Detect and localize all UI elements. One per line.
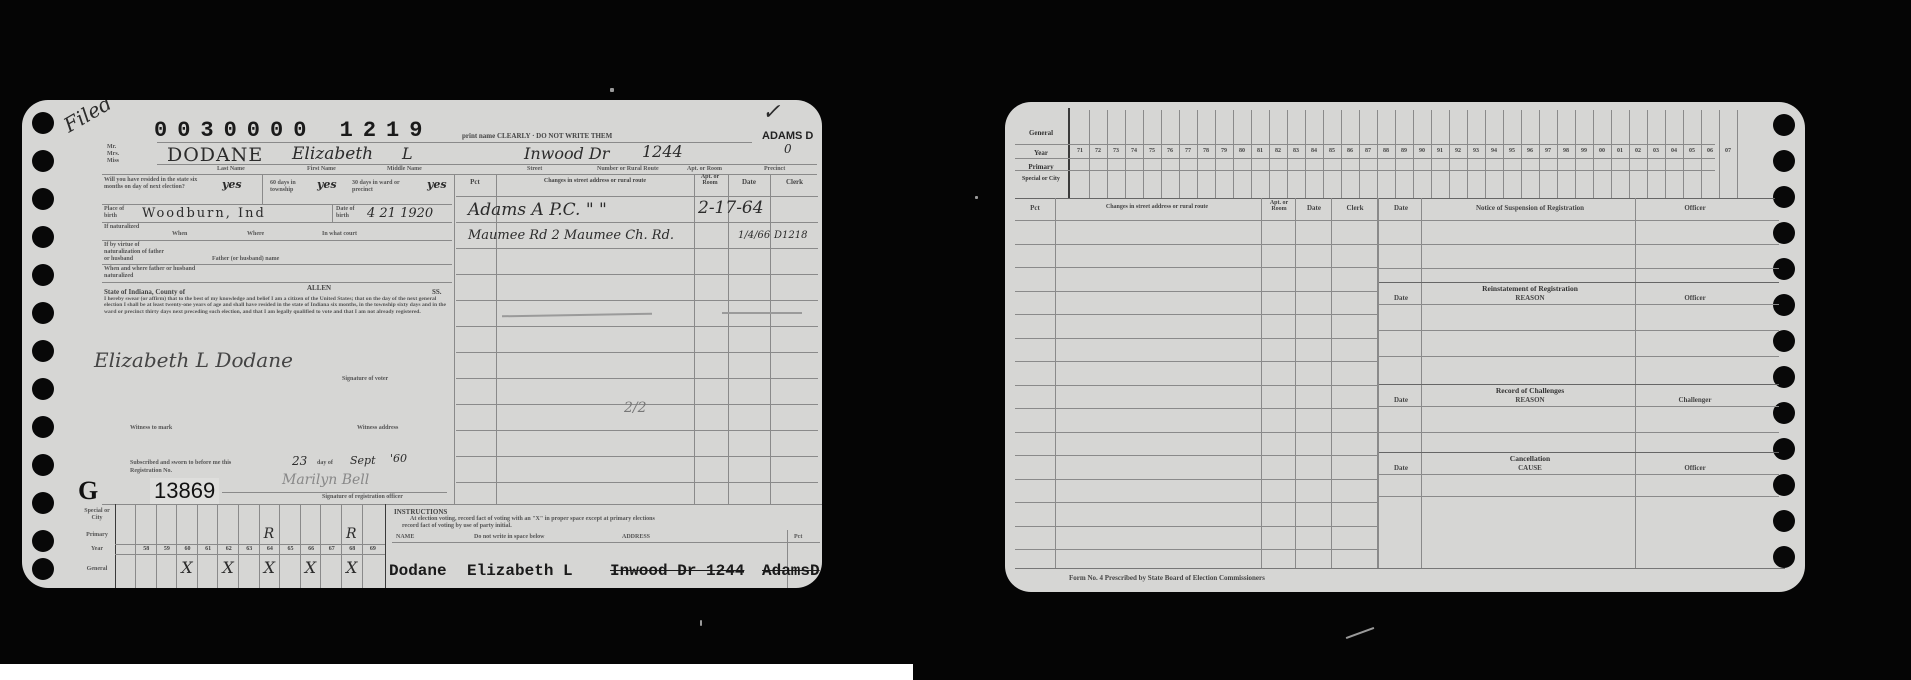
first-name-label: First Name [307,166,336,173]
year-cell: 80 [1233,148,1251,154]
year-cell: 65 [280,546,301,552]
year-cell: 02 [1629,148,1647,154]
subscribed-day: 23 [292,454,307,468]
first-name-value: Elizabeth [292,144,373,164]
strip-pct-label: Pct [794,534,802,541]
birthdate-label: Date of birth [336,206,366,220]
birthplace-value: Woodburn, Ind [142,206,266,221]
q-state-answer: yes [222,178,242,191]
salutation-miss: Miss [107,158,119,165]
voter-registration-card-back: General Year Primary Special or City 717… [1005,102,1805,592]
typed-first-middle: Elizabeth L [467,562,573,580]
year-cell: 01 [1611,148,1629,154]
punch-hole [32,340,54,362]
punch-hole [32,302,54,324]
year-cell: 89 [1395,148,1413,154]
oath-text: I hereby swear (or affirm) that to the b… [104,296,449,315]
parent-naturalization-label: If by virtue of naturalization of father… [104,242,169,263]
typed-address: Inwood Dr 1244 [610,562,744,580]
punch-hole [1773,330,1795,352]
q-township-answer: yes [317,178,337,191]
punch-hole [1773,258,1795,280]
year-cell: 81 [1251,148,1269,154]
cancellation-header-cause: CAUSE [1425,464,1635,472]
punch-hole [32,188,54,210]
year-cell: 96 [1521,148,1539,154]
year-cell: 79 [1215,148,1233,154]
birthplace-label: Place of birth [104,206,134,220]
challenges-header-challenger: Challenger [1645,396,1745,404]
reinstatement-header-reason: REASON [1425,294,1635,302]
subscribed-label: Subscribed and sworn to before me this [130,460,231,467]
film-scratch [1346,627,1375,639]
year-cell: 72 [1089,148,1107,154]
year-cell: 67 [321,546,342,552]
year-cell: 94 [1485,148,1503,154]
back-grid-label-general: General [1015,130,1067,137]
voter-signature: Elizabeth L Dodane [94,348,293,372]
change-row-1-address: Adams A P.C. " " [468,200,607,220]
general-mark: X [222,558,233,577]
cancellation-title: Cancellation [1425,454,1635,463]
punch-hole [32,454,54,476]
year-cell: 95 [1503,148,1521,154]
street-label: Street [527,166,542,173]
state-county-label: State of Indiana, County of [104,288,185,296]
change-row-2-clerk: D1218 [774,230,807,241]
punch-hole [1773,186,1795,208]
subscribed-month: Sept [350,454,376,467]
year-cell: 00 [1593,148,1611,154]
year-cell: 68 [342,546,363,552]
film-speck [700,620,702,626]
reinstatement-header-officer: Officer [1645,294,1745,302]
changes-header-address: Changes in street address or rural route [500,178,690,184]
street-number-value: 1244 [642,142,683,161]
naturalized-when-label: When [172,231,187,238]
year-cell: 76 [1161,148,1179,154]
cancellation-header-date: Date [1381,464,1421,472]
street-number-label: Number or Rural Route [597,166,659,173]
checkmark-icon: ✓ [762,100,780,125]
signature-label: Signature of voter [342,376,388,383]
officer-signature: Marilyn Bell [282,472,369,488]
year-cell: 06 [1701,148,1719,154]
general-mark: X [346,558,357,577]
general-mark: X [305,558,316,577]
film-speck [975,196,978,199]
grid-label-general: General [82,566,112,573]
punch-hole [1773,294,1795,316]
year-cell: 74 [1125,148,1143,154]
changes-header-date: Date [730,178,768,186]
year-cell: 86 [1341,148,1359,154]
punch-hole [32,264,54,286]
instructions-line-1: At election voting, record fact of votin… [410,516,810,523]
general-mark: X [264,558,275,577]
back-header-apt: Apt. or Room [1263,200,1295,212]
year-cell: 66 [301,546,322,552]
suspension-header-notice: Notice of Suspension of Registration [1425,204,1635,212]
year-cell: 03 [1647,148,1665,154]
punch-hole [1773,114,1795,136]
officer-signature-label: Signature of registration officer [322,494,403,501]
apt-room-label: Apt. or Room [687,166,722,173]
year-cell: 98 [1557,148,1575,154]
registration-letter: G [78,476,98,506]
year-cell: 07 [1719,148,1737,154]
grid-label-primary: Primary [82,532,112,539]
punch-hole [32,226,54,248]
primary-mark: R [264,526,275,542]
middle-name-value: L [402,144,413,163]
change-row-note: 2/2 [624,400,647,416]
naturalized-where-label: Where [247,231,264,238]
birthdate-value: 4 21 1920 [367,206,433,221]
change-row-2-date: 1/4/66 [738,230,770,241]
precinct-stamp: ADAMS D [762,130,813,142]
year-cell: 59 [157,546,178,552]
precinct-stamp-sub: 0 [784,142,792,156]
grid-label-special: Special or City [82,508,112,522]
challenges-header-date: Date [1381,396,1421,404]
year-cell: 84 [1305,148,1323,154]
voter-registration-card-front: Filed 0030000 1219 print name CLEARLY · … [22,100,822,588]
challenges-header-reason: REASON [1425,396,1635,404]
county-value: ALLEN [307,284,331,292]
challenges-title: Record of Challenges [1425,386,1635,395]
year-cell: 71 [1071,148,1089,154]
salutation-mr: Mr. [107,144,116,151]
witness-mark-label: Witness to mark [130,425,172,432]
reinstatement-title: Reinstatement of Registration [1425,284,1635,293]
year-cell: 82 [1269,148,1287,154]
subscribed-year: '60 [390,452,407,465]
suspension-header-date: Date [1381,204,1421,212]
punch-hole [1773,438,1795,460]
punch-hole [32,492,54,514]
last-name-label: Last Name [217,166,245,173]
ss-label: SS. [432,288,442,296]
punch-hole [32,112,54,134]
q-precinct-answer: yes [427,178,447,191]
primary-mark: R [346,526,357,542]
naturalized-label: If naturalized [104,224,144,231]
parent-when-where-label: When and where father or husband natural… [104,266,199,280]
year-cell: 69 [363,546,384,552]
year-cell: 77 [1179,148,1197,154]
instructions-line-2: record fact of voting by use of party in… [402,523,512,530]
cancellation-header-officer: Officer [1645,464,1745,472]
punch-hole [1773,474,1795,496]
year-cell: 93 [1467,148,1485,154]
parent-name-label: Father (or husband) name [212,256,279,263]
year-cell: 60 [177,546,198,552]
witness-address-label: Witness address [357,425,398,432]
registration-no-label: Registration No. [130,468,172,475]
back-header-pct: Pct [1015,204,1055,212]
punch-hole [32,558,54,580]
year-cell: 91 [1431,148,1449,154]
typed-last-name: Dodane [389,562,447,580]
q-precinct-label: 30 days in ward or precinct [352,180,412,194]
registration-no-value: 13869 [150,478,219,504]
suspension-header-officer: Officer [1645,204,1745,212]
last-name-value: DODANE [167,144,263,166]
white-margin-strip [0,664,913,680]
struck-date-scribble [722,312,802,314]
punch-hole [32,378,54,400]
precinct-label: Precinct [764,166,785,173]
punch-hole [32,150,54,172]
year-cell: 75 [1143,148,1161,154]
struck-change-scribble [502,313,652,318]
typed-precinct: AdamsD [762,562,820,580]
q-township-label: 60 days in township [270,180,320,194]
year-cell: 99 [1575,148,1593,154]
punch-hole [1773,546,1795,568]
back-grid-label-year: Year [1015,150,1067,157]
header-instruction: print name CLEARLY · DO NOT WRITE THEM [462,132,612,140]
grid-label-year: Year [82,546,112,553]
year-cell: 62 [218,546,239,552]
film-speck [610,88,614,92]
change-row-2-address: Maumee Rd 2 Maumee Ch. Rd. [468,228,674,243]
street-value: Inwood Dr [524,144,609,163]
middle-name-label: Middle Name [387,166,422,173]
changes-header-apt: Apt. or Room [694,174,726,186]
reinstatement-header-date: Date [1381,294,1421,302]
year-cell: 97 [1539,148,1557,154]
punch-hole [1773,222,1795,244]
year-cell: 83 [1287,148,1305,154]
year-cell: 61 [198,546,219,552]
instructions-title: INSTRUCTIONS [394,508,447,516]
punch-hole [32,416,54,438]
year-cell: 04 [1665,148,1683,154]
year-cell: 85 [1323,148,1341,154]
year-cell: 73 [1107,148,1125,154]
form-footer: Form No. 4 Prescribed by State Board of … [1069,574,1265,582]
punch-hole [1773,150,1795,172]
filed-annotation: Filed [59,100,115,137]
changes-header-pct: Pct [458,178,492,186]
punch-hole [32,530,54,552]
day-of-label: day of [317,460,333,467]
registration-number: 0030000 1219 [154,118,432,143]
year-cell: 64 [260,546,281,552]
back-header-clerk: Clerk [1333,204,1377,212]
changes-header-clerk: Clerk [772,178,817,186]
year-cell: 87 [1359,148,1377,154]
salutation-mrs: Mrs. [107,151,119,158]
year-cell: 63 [239,546,260,552]
back-header-address: Changes in street address or rural route [1057,204,1257,210]
strip-no-write-label: Do not write in space below [474,534,545,541]
year-cell: 90 [1413,148,1431,154]
year-cell: 92 [1449,148,1467,154]
change-row-1-date: 2-17-64 [698,198,764,218]
q-state-label: Will you have resided in the state six m… [104,177,214,191]
punch-hole [1773,510,1795,532]
back-grid-label-special: Special or City [1015,176,1067,183]
general-mark: X [181,558,192,577]
year-cell: 78 [1197,148,1215,154]
year-cell: 58 [136,546,157,552]
naturalized-court-label: In what court [322,231,357,238]
back-header-date: Date [1297,204,1331,212]
year-cell: 88 [1377,148,1395,154]
strip-address-label: ADDRESS [622,534,650,541]
year-cell: 05 [1683,148,1701,154]
strip-name-label: NAME [396,534,414,541]
